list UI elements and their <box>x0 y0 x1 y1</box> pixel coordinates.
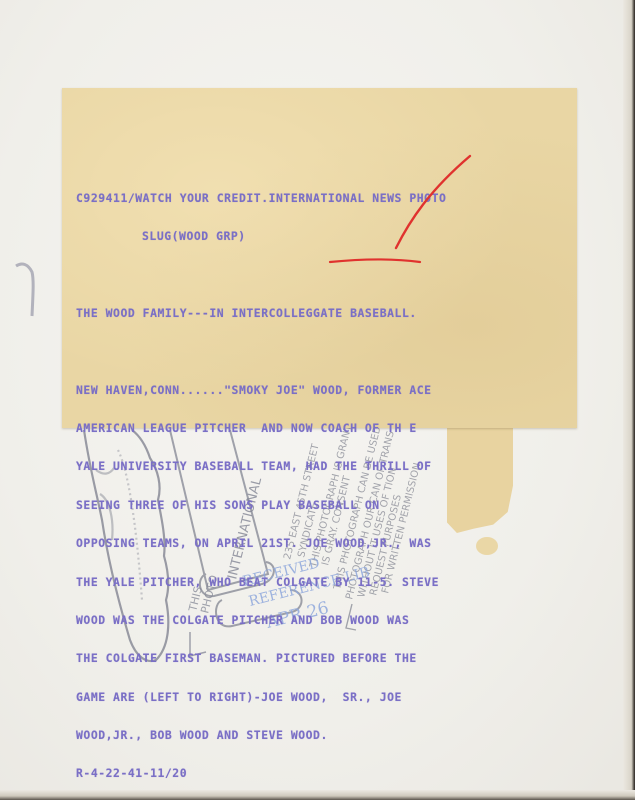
sheet-edge-bottom <box>0 790 635 800</box>
caption-body-line: WOOD WAS THE COLGATE PITCHER AND BOB WOO… <box>76 614 559 627</box>
caption-line-slug-name: SLUG(WOOD GRP) <box>76 230 559 243</box>
caption-body-line: THE YALE PITCHER, WHO BEAT COLGATE BY 11… <box>76 576 559 589</box>
caption-line-slug: C929411/WATCH YOUR CREDIT.INTERNATIONAL … <box>76 192 559 205</box>
caption-headline: THE WOOD FAMILY---IN INTERCOLLEGGATE BAS… <box>76 307 559 320</box>
caption-body-line: WOOD,JR., BOB WOOD AND STEVE WOOD. <box>76 729 559 742</box>
caption-body-line: NEW HAVEN,CONN......"SMOKY JOE" WOOD, FO… <box>76 384 559 397</box>
caption-body-line: AMERICAN LEAGUE PITCHER AND NOW COACH OF… <box>76 422 559 435</box>
caption-body-line: YALE UNIVERSITY BASEBALL TEAM, HAD THE T… <box>76 460 559 473</box>
caption-body-line: GAME ARE (LEFT TO RIGHT)-JOE WOOD, SR., … <box>76 691 559 704</box>
sheet-edge-right <box>623 0 635 800</box>
caption-body-line: SEEING THREE OF HIS SONS PLAY BASEBALL O… <box>76 499 559 512</box>
caption-text: C929411/WATCH YOUR CREDIT.INTERNATIONAL … <box>76 166 559 800</box>
photo-back-sheet: INTERNATIONAL THIS PHOTO 235 EAST 45TH S… <box>0 0 635 800</box>
caption-body-line: THE COLGATE FIRST BASEMAN. PICTURED BEFO… <box>76 652 559 665</box>
caption-body-line: OPPOSING TEAMS, ON APRIL 21ST. JOE WOOD,… <box>76 537 559 550</box>
caption-slip: C929411/WATCH YOUR CREDIT.INTERNATIONAL … <box>62 88 577 428</box>
caption-dateline-code: R-4-22-41-11/20 <box>76 767 559 780</box>
